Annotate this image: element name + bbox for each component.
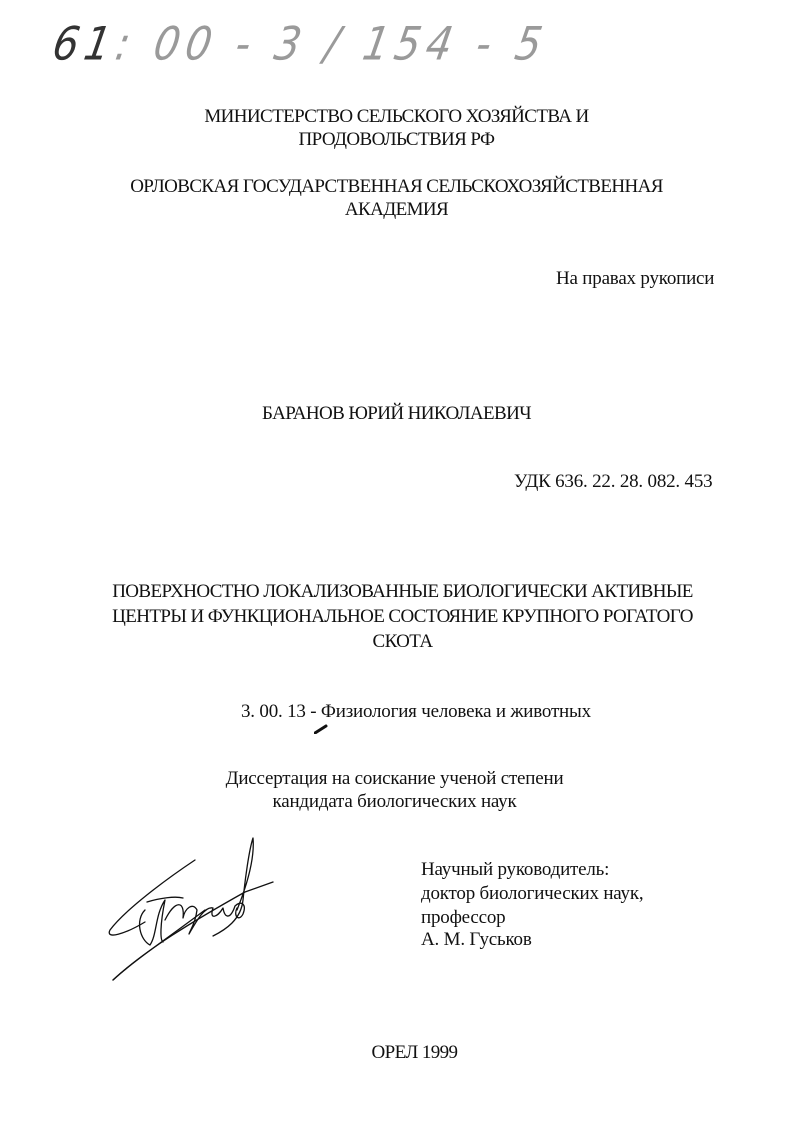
supervisor-degree: доктор биологических наук, — [421, 882, 643, 905]
city-year: ОРЕЛ 1999 — [18, 1041, 793, 1064]
dissertation-title-line-3: СКОТА — [6, 630, 793, 653]
degree-line-1: Диссертация на соискание ученой степени — [0, 767, 791, 790]
supervisor-name: А. М. Гуськов — [421, 928, 532, 951]
dissertation-title-line-1: ПОВЕРХНОСТНО ЛОКАЛИЗОВАННЫЕ БИОЛОГИЧЕСКИ… — [6, 580, 793, 603]
academy-line-2: АКАДЕМИЯ — [0, 198, 793, 221]
archive-number: 61: 00 - 3 / 154 - 5 — [49, 18, 552, 71]
degree-line-2: кандидата биологических наук — [0, 790, 791, 813]
dissertation-title-line-2: ЦЕНТРЫ И ФУНКЦИОНАЛЬНОЕ СОСТОЯНИЕ КРУПНО… — [6, 605, 793, 628]
manuscript-note: На правах рукописи — [556, 267, 714, 290]
specialty: 3. 00. 13 - Физиология человека и животн… — [241, 700, 591, 723]
academy-line-1: ОРЛОВСКАЯ ГОСУДАРСТВЕННАЯ СЕЛЬСКОХОЗЯЙСТ… — [0, 175, 793, 198]
author-name: БАРАНОВ ЮРИЙ НИКОЛАЕВИЧ — [0, 402, 793, 425]
archive-number-prefix: 61 — [49, 18, 121, 71]
udc-code: УДК 636. 22. 28. 082. 453 — [514, 470, 712, 493]
ministry-line-2: ПРОДОВОЛЬСТВИЯ РФ — [0, 128, 793, 151]
supervisor-label: Научный руководитель: — [421, 858, 609, 881]
archive-number-rest: : 00 - 3 / 154 - 5 — [112, 18, 552, 71]
pen-mark-icon — [314, 724, 328, 734]
supervisor-title: профессор — [421, 906, 505, 929]
ministry-line-1: МИНИСТЕРСТВО СЕЛЬСКОГО ХОЗЯЙСТВА И — [0, 105, 793, 128]
signature-icon — [105, 830, 275, 990]
